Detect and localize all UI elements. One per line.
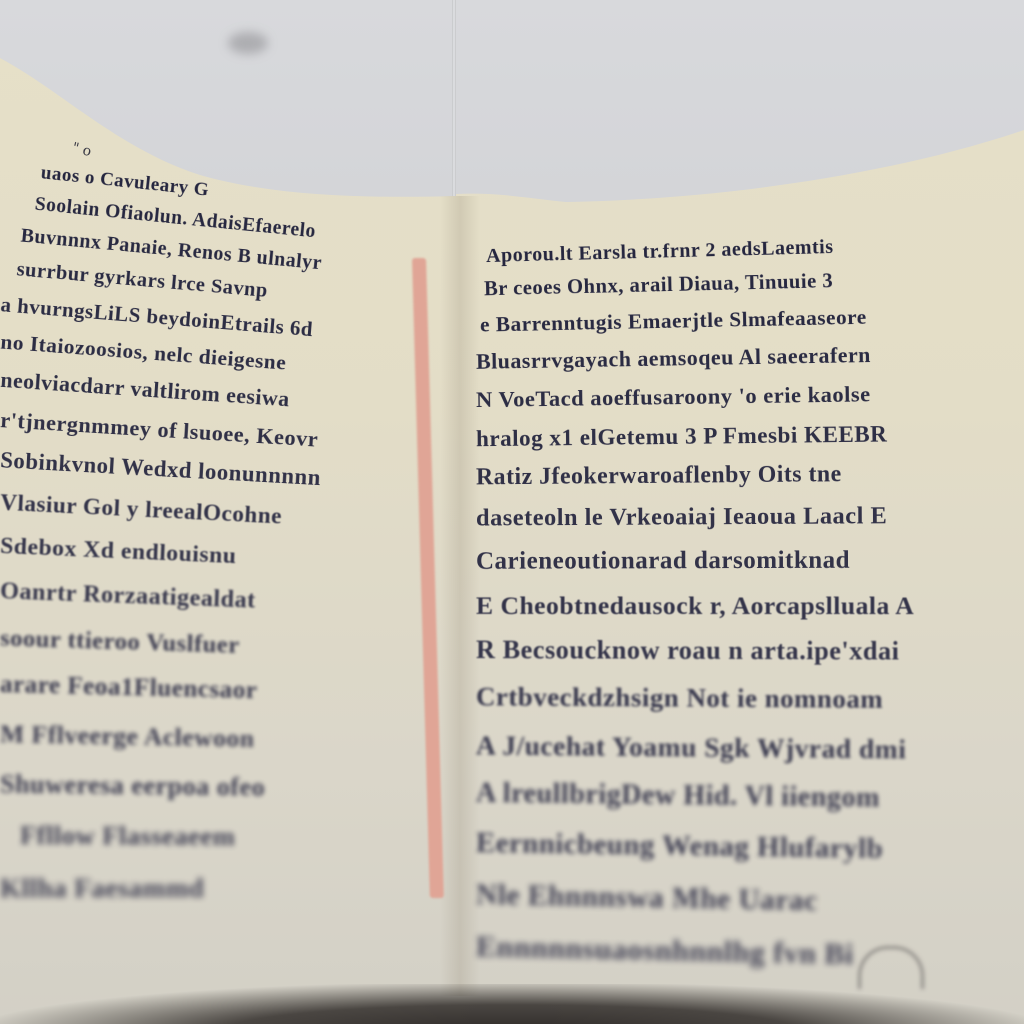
- manuscript-line: R Becsoucknow roau n arta.ipe'xdai: [476, 628, 1024, 676]
- right-page-text: Aporou.lt Earsla tr.frnr 2 aedsLaemtisBr…: [476, 232, 1024, 980]
- manuscript-line: Ratiz Jfeokerwaroaflenby Oits tne: [476, 452, 1024, 498]
- manuscript-line: Ennnnnsuaosnhnnlhg fvn Bi: [475, 921, 1024, 987]
- manuscript-line: Kllha Faesammd: [0, 862, 420, 914]
- manuscript-line: Shuweresa eerpoa ofeo: [0, 759, 420, 814]
- manuscript-line: Ffllow Flasseaeem: [0, 810, 420, 863]
- open-manuscript: " o uaos o Cavuleary GSoolain Ofiaolun. …: [0, 0, 1024, 1024]
- left-page-text: uaos o Cavuleary GSoolain Ofiaolun. Adai…: [0, 176, 420, 914]
- manuscript-line: Crtbveckdzhsign Not ie nomnoam: [476, 673, 1024, 724]
- manuscript-line: A J/ucehat Yoamu Sgk Wjvrad dmi: [476, 720, 1024, 774]
- manuscript-line: N VoeTacd aoeffusaroony 'o erie kaolse: [476, 372, 1024, 419]
- manuscript-line: A lreullbrigDew Hid. Vl iiengom: [476, 768, 1024, 825]
- page-corner-mark: " o: [70, 140, 93, 160]
- manuscript-line: daseteoln le Vrkeoaiaj Ieaoua Laacl E: [476, 495, 1024, 541]
- manuscript-line: Eernnicbeung Wenag Hlufarylb: [476, 818, 1024, 878]
- bottom-shadow: [0, 984, 1024, 1024]
- manuscript-line: E Cheobtnedausock r, Aorcapslluala A: [476, 583, 1024, 628]
- manuscript-line: Carieneoutionarad darsomitknad: [476, 538, 1024, 583]
- book-gutter: [440, 196, 480, 996]
- manuscript-line: M Fflveerge Aclewoon: [0, 710, 420, 766]
- manuscript-line: hralog x1 elGetemu 3 P Fmesbi KEEBR: [476, 411, 1024, 458]
